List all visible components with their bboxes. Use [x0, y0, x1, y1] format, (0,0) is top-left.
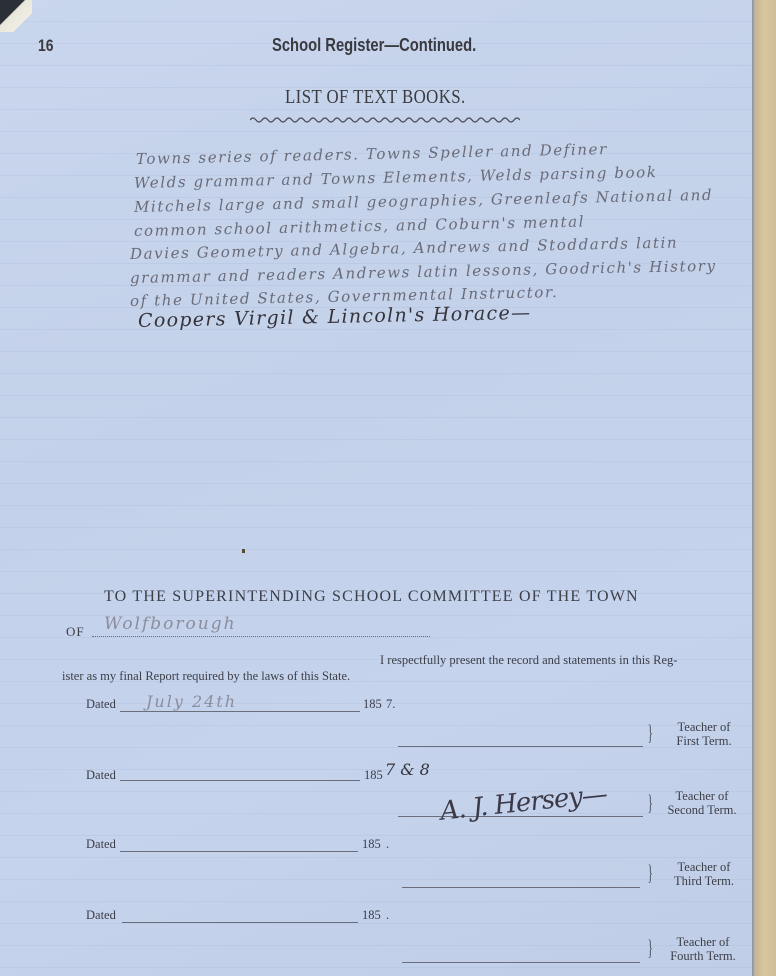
year-suffix: 7.	[386, 697, 395, 712]
date-field-line	[120, 851, 358, 852]
teacher-of-text: Teacher of	[662, 935, 744, 949]
report-statement-line-2: ister as my final Report required by the…	[62, 669, 350, 684]
section-title: LIST OF TEXT BOOKS.	[285, 86, 466, 109]
year-suffix: 7 & 8	[385, 760, 430, 779]
dated-label: Dated	[86, 697, 116, 712]
report-statement-line-1: I respectfully present the record and st…	[380, 653, 677, 668]
report-heading: TO THE SUPERINTENDING SCHOOL COMMITTEE O…	[104, 588, 639, 606]
handwritten-line: Towns series of readers. Towns Speller a…	[136, 140, 608, 168]
teacher-signature-line	[398, 746, 643, 747]
handwritten-line: grammar and readers Andrews latin lesson…	[130, 257, 717, 287]
teacher-signature: A. J. Hersey—	[439, 779, 608, 826]
dated-label: Dated	[86, 768, 116, 783]
brace-icon: }	[648, 790, 653, 816]
teacher-term-label: Teacher of Second Term.	[660, 789, 744, 817]
year-prefix: 185	[362, 908, 381, 923]
folded-corner	[0, 0, 32, 32]
teacher-of-text: Teacher of	[660, 789, 744, 803]
running-head: School Register—Continued.	[272, 35, 476, 56]
teacher-term-label: Teacher of First Term.	[664, 720, 744, 748]
date-field-line	[120, 780, 360, 781]
year-prefix: 185	[362, 837, 381, 852]
ink-speck	[242, 549, 245, 553]
teacher-term-label: Teacher of Fourth Term.	[662, 935, 744, 963]
of-label: OF	[66, 624, 85, 640]
brace-icon: }	[648, 860, 653, 886]
date-field-line	[122, 922, 358, 923]
term-name-text: Fourth Term.	[662, 949, 744, 963]
term-name-text: Second Term.	[660, 803, 744, 817]
brace-icon: }	[648, 720, 653, 746]
town-field-value: Wolfborough	[104, 614, 237, 634]
teacher-term-label: Teacher of Third Term.	[664, 860, 744, 888]
term-name-text: First Term.	[664, 734, 744, 748]
back-page-edge	[756, 0, 776, 976]
year-suffix: .	[386, 908, 389, 923]
handwritten-line: Welds grammar and Towns Elements, Welds …	[134, 163, 658, 192]
term-name-text: Third Term.	[664, 874, 744, 888]
page-right-edge	[752, 0, 756, 976]
dated-label: Dated	[86, 908, 116, 923]
teacher-signature-line	[402, 962, 640, 963]
teacher-of-text: Teacher of	[664, 860, 744, 874]
year-suffix: .	[386, 837, 389, 852]
handwritten-line: Mitchels large and small geographies, Gr…	[134, 186, 713, 216]
dated-label: Dated	[86, 837, 116, 852]
brace-icon: }	[648, 935, 653, 961]
date-field-value: July 24th	[146, 692, 237, 711]
register-page: 16 School Register—Continued. LIST OF TE…	[0, 0, 754, 976]
town-field-line	[92, 636, 430, 637]
teacher-signature-line	[402, 887, 640, 888]
year-prefix: 185	[363, 697, 382, 712]
date-field-line	[120, 711, 360, 712]
year-prefix: 185	[364, 768, 383, 783]
wavy-rule-ornament	[250, 116, 520, 124]
teacher-of-text: Teacher of	[664, 720, 744, 734]
page-number: 16	[38, 36, 54, 56]
